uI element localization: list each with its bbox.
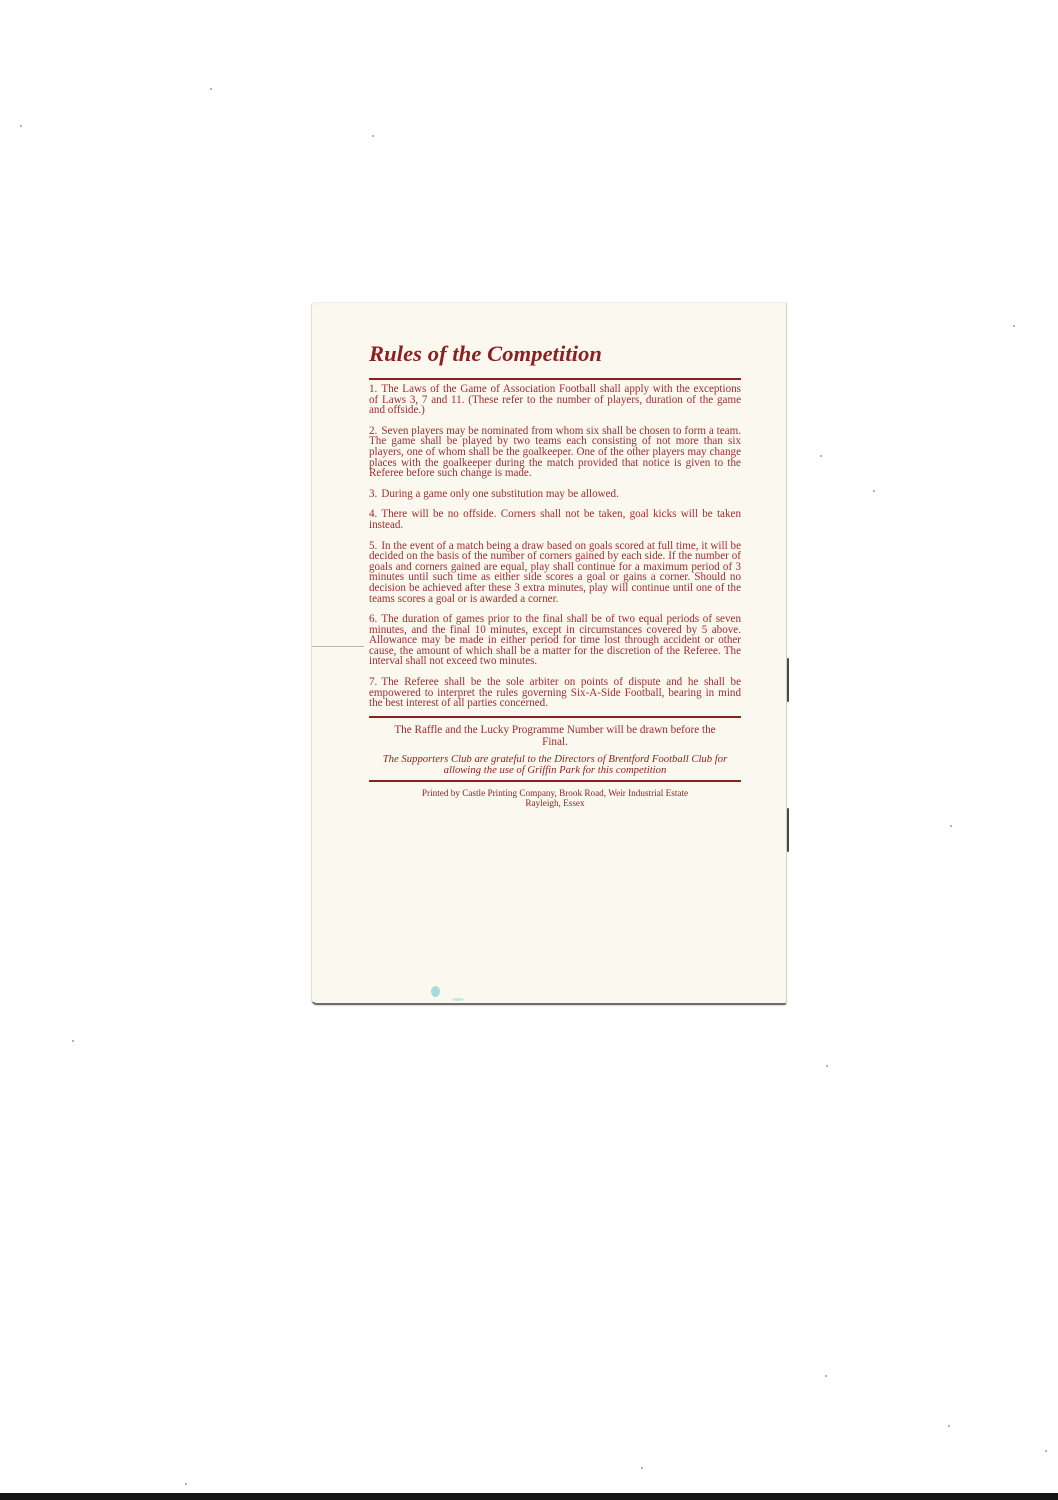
scan-speck	[948, 1425, 950, 1427]
title-divider	[369, 378, 741, 380]
rules-divider	[369, 716, 741, 718]
printer-credit-line-1: Printed by Castle Printing Company, Broo…	[369, 788, 741, 799]
ink-stain	[452, 998, 464, 1001]
programme-back-page: Rules of the Competition 1.The Laws of t…	[311, 302, 787, 1005]
scan-speck	[72, 1040, 74, 1042]
scan-speck	[641, 1467, 643, 1469]
raffle-notice: The Raffle and the Lucky Programme Numbe…	[369, 724, 741, 748]
scan-speck	[372, 135, 374, 137]
page-title: Rules of the Competition	[369, 339, 741, 369]
scan-speck	[1013, 325, 1015, 327]
staple-bottom	[787, 808, 789, 852]
scan-speck	[210, 88, 212, 90]
rule-item: 6.The duration of games prior to the fin…	[369, 614, 741, 667]
rule-text: Seven players may be nominated from whom…	[369, 425, 741, 479]
page-content: Rules of the Competition 1.The Laws of t…	[369, 339, 741, 809]
rule-text: During a game only one substitution may …	[381, 488, 619, 500]
scan-speck	[826, 1065, 828, 1067]
footer-divider	[369, 780, 741, 782]
rule-item: 3.During a game only one substitution ma…	[369, 489, 741, 500]
rule-text: In the event of a match being a draw bas…	[369, 540, 741, 605]
rule-number: 3.	[369, 488, 377, 500]
rule-item: 7.The Referee shall be the sole arbiter …	[369, 677, 741, 709]
scan-speck	[1045, 1450, 1047, 1452]
rule-text: The Referee shall be the sole arbiter on…	[369, 676, 741, 709]
scan-speck	[950, 825, 952, 827]
rule-item: 2.Seven players may be nominated from wh…	[369, 426, 741, 479]
scan-speck	[873, 490, 875, 492]
rule-text: The Laws of the Game of Association Foot…	[369, 383, 741, 416]
scan-speck	[20, 125, 22, 127]
printer-credit-line-2: Rayleigh, Essex	[369, 798, 741, 809]
scanner-edge	[0, 1493, 1058, 1500]
scan-speck	[185, 1483, 187, 1485]
scan-speck	[825, 1375, 827, 1377]
rule-item: 1.The Laws of the Game of Association Fo…	[369, 384, 741, 416]
rule-item: 4.There will be no offside. Corners shal…	[369, 509, 741, 530]
thanks-notice: The Supporters Club are grateful to the …	[369, 754, 741, 776]
scan-speck	[820, 455, 822, 457]
staple-top	[787, 658, 789, 702]
ink-stain	[431, 986, 440, 997]
rule-item: 5.In the event of a match being a draw b…	[369, 541, 741, 605]
rules-list: 1.The Laws of the Game of Association Fo…	[369, 384, 741, 709]
rule-text: The duration of games prior to the final…	[369, 613, 741, 667]
fold-mark	[312, 646, 364, 647]
rule-text: There will be no offside. Corners shall …	[369, 508, 741, 531]
